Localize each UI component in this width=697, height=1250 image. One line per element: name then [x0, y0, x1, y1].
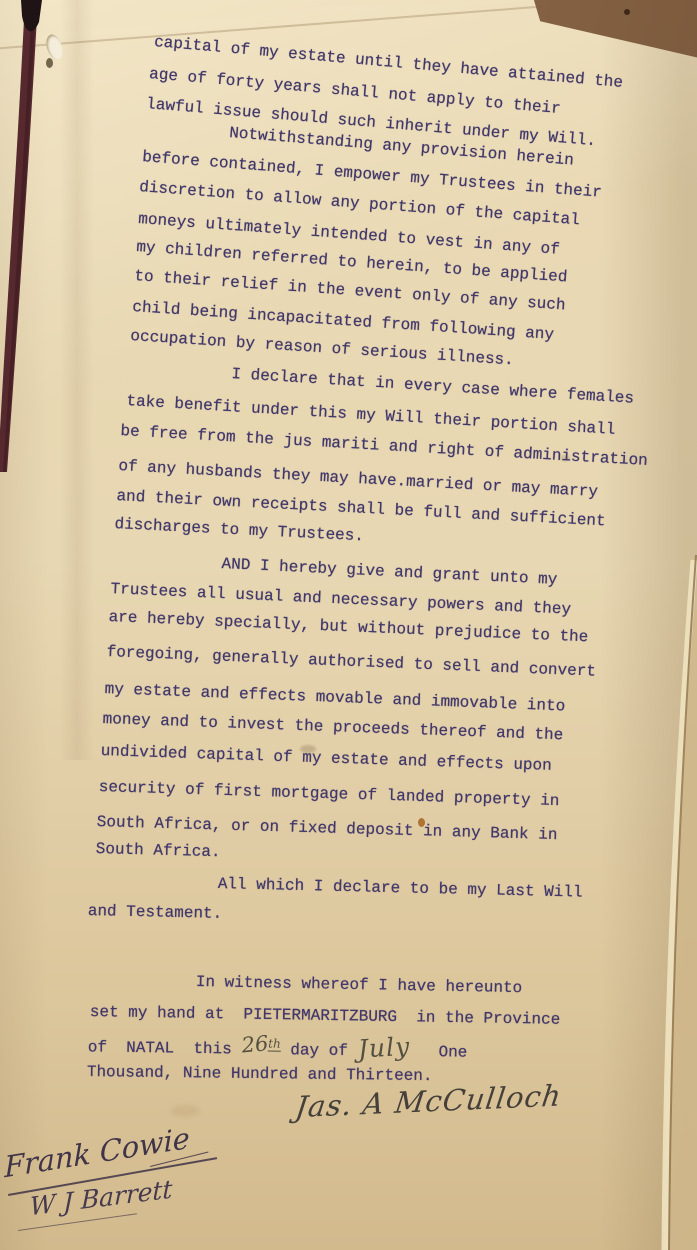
typed-line: and Testament. [88, 902, 223, 924]
typed-line: undivided capital of my estate and effec… [100, 742, 552, 776]
signature-witness-2: W J Barrett [29, 1174, 172, 1221]
typed-line: security of first mortgage of landed pro… [98, 778, 559, 811]
typed-line: money and to invest the proceeds thereof… [102, 710, 563, 745]
scanned-document: capital of my estate until they have att… [0, 0, 697, 1250]
typed-line: Thousand, Nine Hundred and Thirteen. [87, 1063, 433, 1086]
typed-line: my estate and effects movable and immova… [104, 680, 565, 716]
handwritten-insert: July [357, 1037, 410, 1059]
handwritten-superscript: th [268, 1037, 281, 1052]
background-speck [624, 9, 630, 15]
typed-line: set my hand at PIETERMARITZBURG in the P… [90, 1003, 561, 1030]
typed-line: of NATAL this 26th day of July One [88, 1032, 468, 1063]
paper-stain [170, 1105, 200, 1117]
paper-tear-speck [46, 58, 53, 68]
typed-line: AND I hereby give and grant unto my [221, 555, 558, 590]
typed-line: All which I declare to be my Last Will [218, 875, 583, 903]
typed-line: South Africa. [96, 840, 221, 862]
typed-line: discharges to my Trustees. [114, 515, 364, 546]
paper-sheet: capital of my estate until they have att… [0, 0, 697, 1250]
handwritten-insert: 26 [240, 1035, 268, 1056]
binding-shadow [60, 0, 94, 760]
signature-testator: Jas. A McCulloch [293, 1078, 563, 1124]
typed-line: foregoing, generally authorised to sell … [106, 643, 596, 682]
typed-line: South Africa, or on fixed deposit in any… [96, 813, 557, 845]
typed-line: In witness whereof I have hereunto [196, 973, 523, 998]
